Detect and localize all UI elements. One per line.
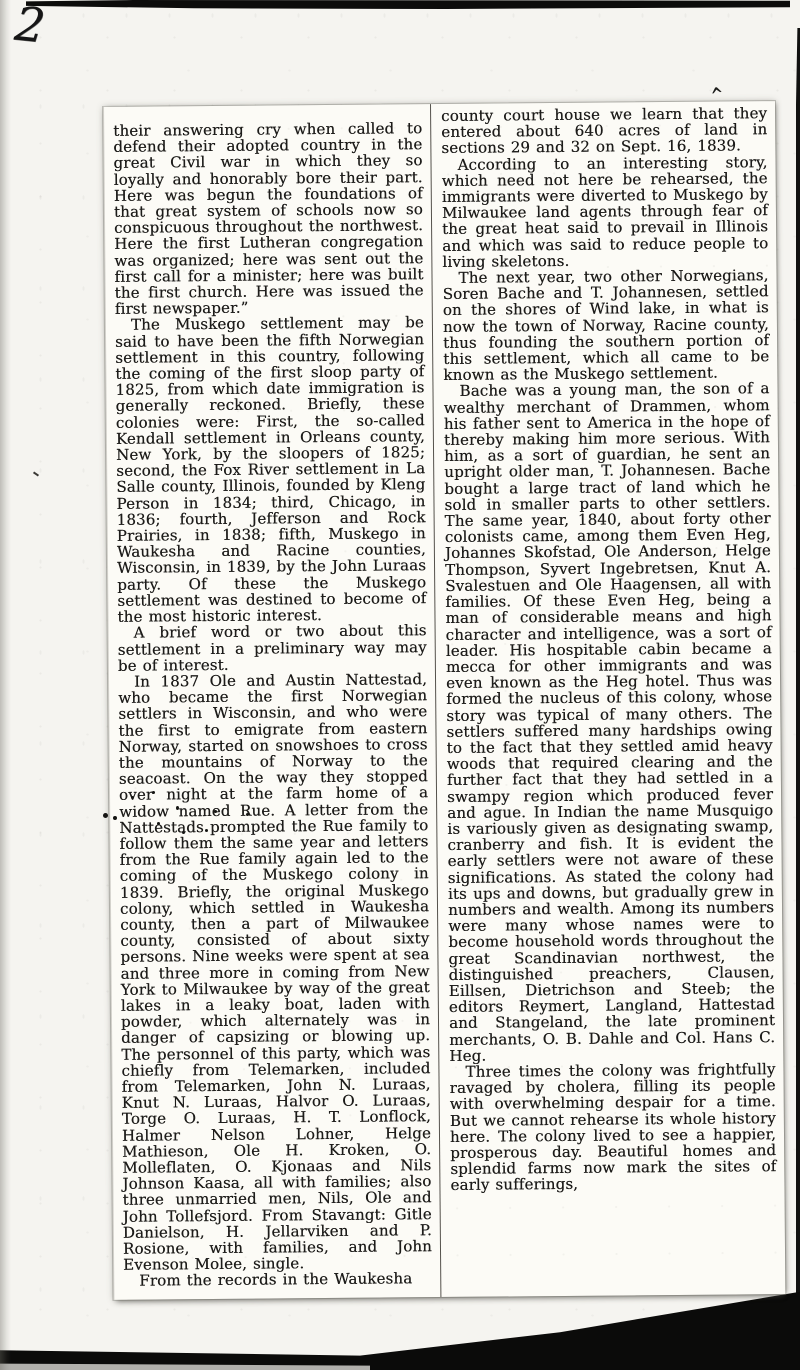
handwritten-margin-dot xyxy=(113,816,117,820)
ink-speck xyxy=(182,831,185,834)
article-paragraph: The next year, two other Norwegians, Sor… xyxy=(442,267,769,383)
article-paragraph: A brief word or two about this settlemen… xyxy=(118,622,427,673)
article-paragraph: county court house we learn that they en… xyxy=(441,105,767,156)
scanned-page: 2 ^ their answering cry when called to d… xyxy=(0,0,800,1370)
scan-edge-right xyxy=(796,28,800,1304)
ink-speck xyxy=(246,813,249,816)
ink-speck xyxy=(131,796,134,799)
article-paragraph: The Muskego settlement may be said to ha… xyxy=(115,315,427,626)
ink-speck xyxy=(205,829,208,832)
article-paragraph: According to an interesting story, which… xyxy=(441,154,768,270)
ink-speck xyxy=(214,810,217,813)
handwritten-page-number: 2 xyxy=(13,1,48,51)
ink-speck xyxy=(33,471,39,476)
article-paragraph: From the records in the Waukesha xyxy=(123,1271,432,1290)
newspaper-clipping: their answering cry when called to defen… xyxy=(103,101,785,1299)
ink-speck xyxy=(176,806,179,810)
scan-edge-left xyxy=(0,0,11,1370)
article-paragraph: their answering cry when called to defen… xyxy=(113,120,424,317)
handwritten-margin-dot xyxy=(103,813,108,818)
clipping-left-column: their answering cry when called to defen… xyxy=(103,104,440,1299)
article-paragraph: Bache was a young man, the son of a weal… xyxy=(443,381,775,1064)
scan-edge-top xyxy=(26,0,790,9)
ink-speck xyxy=(157,822,160,825)
clipping-right-column: county court house we learn that they en… xyxy=(430,101,785,1297)
ink-speck xyxy=(152,791,155,794)
article-paragraph: Three times the colony was frightfully r… xyxy=(449,1061,776,1193)
article-paragraph: In 1837 Ole and Austin Nattestad, who be… xyxy=(118,671,432,1273)
